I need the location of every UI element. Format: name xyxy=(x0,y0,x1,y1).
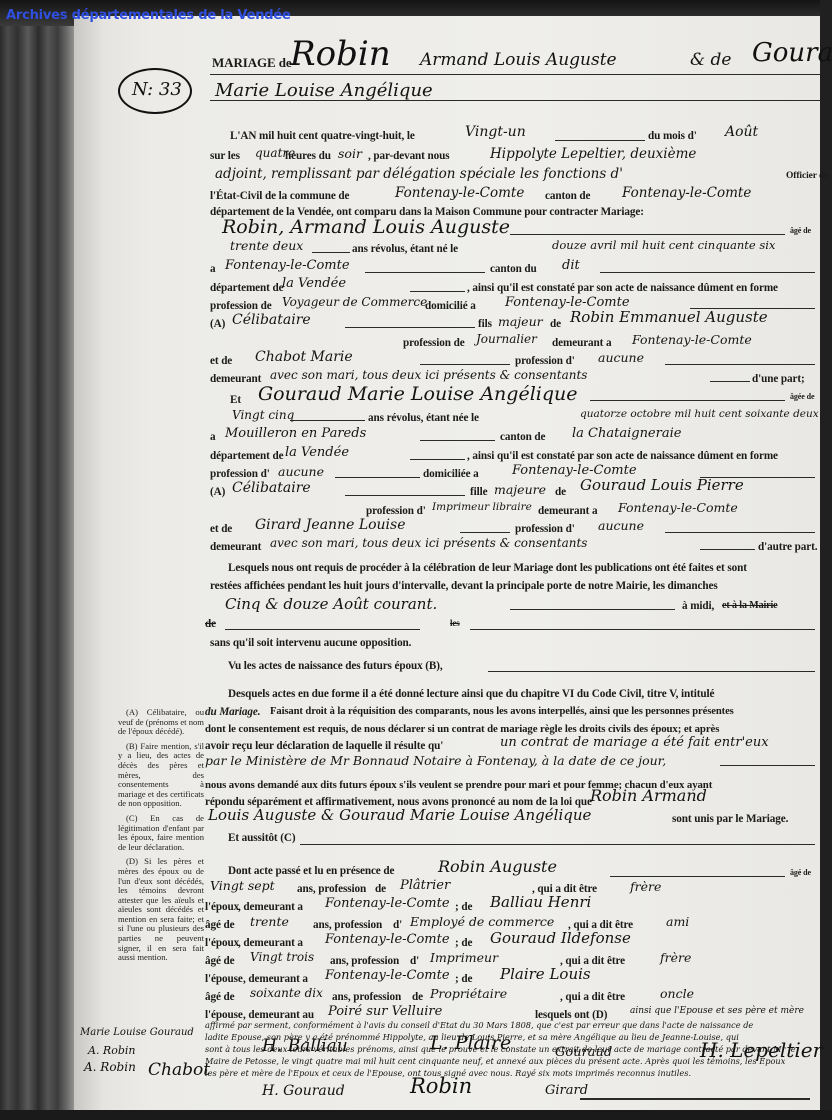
signature: H. Balliau xyxy=(262,1036,348,1056)
label: profession d' xyxy=(366,505,426,517)
label: profession d' xyxy=(515,355,575,367)
label: ; de xyxy=(455,901,472,913)
blank-rule xyxy=(488,671,815,672)
label: demeurant a xyxy=(538,505,598,517)
closing-note: affirmé par serment, conformément à l'av… xyxy=(205,1020,753,1030)
bride-majority: majeure xyxy=(494,482,546,497)
label: âgé de xyxy=(790,226,811,235)
label: de xyxy=(555,486,566,498)
label: canton du xyxy=(490,263,537,275)
blank-rule xyxy=(665,364,815,365)
label: , ainsi qu'il est constaté par son acte … xyxy=(467,282,778,294)
groom-parents-residence: avec son mari, tous deux ici présents & … xyxy=(270,368,587,382)
act-month: Août xyxy=(725,124,758,140)
label: âgé de xyxy=(205,919,235,931)
signature: Marie Louise Gouraud xyxy=(80,1027,194,1038)
signature: A. Robin xyxy=(84,1060,136,1074)
label: de xyxy=(412,991,423,1003)
intro-line: canton de xyxy=(545,190,590,202)
act-time: soir xyxy=(338,146,362,161)
label: l'époux xyxy=(205,901,239,913)
signature: Robin xyxy=(410,1074,472,1098)
label: (A) xyxy=(210,318,225,330)
signature: Gouraud xyxy=(555,1045,612,1060)
closing-note: Maire de Petosse, le vingt quatre mai mi… xyxy=(205,1056,785,1066)
footnote-a: (A) Célibataire, ou veuf de (prénoms et … xyxy=(118,708,204,737)
label: ans révolus, étant né le xyxy=(352,243,458,255)
label: a xyxy=(210,263,216,275)
margin-footnotes: (A) Célibataire, ou veuf de (prénoms et … xyxy=(118,708,204,968)
title-conj: & de xyxy=(690,50,731,70)
bride-profession: aucune xyxy=(278,464,324,479)
bride-name: Gouraud Marie Louise Angélique xyxy=(258,383,578,405)
label: d'autre part. xyxy=(758,541,817,553)
blank-rule xyxy=(420,440,495,441)
groom-name: Robin, Armand Louis Auguste xyxy=(222,216,510,238)
label: , demeurant a xyxy=(238,937,303,949)
label: de xyxy=(550,318,561,330)
bride-birth-date: quatorze octobre mil huit cent soixante … xyxy=(580,408,819,420)
witness-relation: oncle xyxy=(660,986,694,1001)
label: domiciliée a xyxy=(423,468,479,480)
label: fille xyxy=(470,486,488,498)
title-prefix: MARIAGE de xyxy=(212,55,292,71)
bride-birth-place: Mouilleron en Pareds xyxy=(225,426,366,441)
witness-residence: Poiré sur Velluire xyxy=(328,1004,442,1019)
blank-rule xyxy=(460,532,510,533)
groom-father-residence: Fontenay-le-Comte xyxy=(632,332,752,347)
label: ; de xyxy=(455,937,472,949)
blank-rule xyxy=(710,381,750,382)
union-names: Robin Armand xyxy=(590,786,707,805)
label: ans révolus, étant née le xyxy=(368,412,479,424)
intro-line: l'État-Civil de la commune de xyxy=(210,190,349,202)
title-rule xyxy=(210,74,820,75)
struck-text: de xyxy=(205,618,216,630)
title-rule xyxy=(210,100,820,101)
groom-age: trente deux xyxy=(230,238,303,253)
label: âgé de xyxy=(205,955,235,967)
label: âgée de xyxy=(790,392,814,401)
label: d'une part; xyxy=(752,373,805,385)
witness-age: soixante dix xyxy=(250,986,323,1000)
act-number-badge: N: 33 xyxy=(118,68,192,114)
reading-text: Desquels actes en due forme il a été don… xyxy=(228,688,714,700)
label: l'épouse xyxy=(205,973,243,985)
blank-rule xyxy=(410,459,465,460)
label: Et xyxy=(230,394,241,406)
struck-text: et à la Mairie xyxy=(722,600,778,611)
label: ans, profession xyxy=(332,991,401,1003)
bride-surname-title: Gouraud xyxy=(752,38,832,68)
witness-intro: Dont acte passé et lu en présence de xyxy=(228,865,394,877)
closing-note: ainsi que l'Epouse et ses père et mère xyxy=(630,1006,804,1016)
reading-text: Et aussitôt (C) xyxy=(228,832,296,844)
witness-profession: Imprimeur xyxy=(430,950,498,965)
label: ans, profession xyxy=(330,955,399,967)
label: de xyxy=(375,883,386,895)
label: demeurant xyxy=(210,541,261,553)
label: a xyxy=(210,431,216,443)
blank-rule xyxy=(335,477,420,478)
label: demeurant a xyxy=(552,337,612,349)
contract-notary: par le Ministère de Mr Bonnaud Notaire à… xyxy=(205,753,666,768)
intro-line: Officier de xyxy=(786,171,828,181)
label: l'époux xyxy=(205,937,239,949)
publication-dates: Cinq & douze Août courant. xyxy=(225,595,437,613)
scan-bottom-edge xyxy=(0,1110,832,1120)
witness-profession: Employé de commerce xyxy=(410,914,554,929)
label: profession d' xyxy=(210,468,270,480)
groom-father: Robin Emmanuel Auguste xyxy=(570,308,830,326)
label: canton de xyxy=(500,431,545,443)
blank-rule xyxy=(510,609,675,610)
groom-birth-date: douze avril mil huit cent cinquante six xyxy=(552,238,775,252)
witness-name: Gouraud Ildefonse xyxy=(490,929,631,947)
act-number: N: 33 xyxy=(132,79,182,100)
label: ans, profession xyxy=(313,919,382,931)
bride-mother-profession: aucune xyxy=(598,518,644,533)
label: , demeurant a xyxy=(238,901,303,913)
blank-rule xyxy=(225,629,420,630)
label: , demeurant a xyxy=(243,973,308,985)
blank-rule xyxy=(420,364,510,365)
bride-canton: la Chataigneraie xyxy=(572,426,681,441)
publication-text: Vu les actes de naissance des futurs épo… xyxy=(228,660,443,672)
label: à midi, xyxy=(682,600,714,612)
bride-status: Célibataire xyxy=(232,480,311,496)
blank-rule xyxy=(720,765,815,766)
witness-relation: frère xyxy=(630,879,661,894)
signature: H. Gouraud xyxy=(262,1083,345,1099)
groom-status: Célibataire xyxy=(232,312,311,328)
witness-age: trente xyxy=(250,914,289,929)
groom-given-title: Armand Louis Auguste xyxy=(420,50,617,70)
witness-residence: Fontenay-le-Comte xyxy=(325,896,450,911)
reading-text: dont le consentement est requis, de nous… xyxy=(205,723,719,735)
witness-residence: Fontenay-le-Comte xyxy=(325,968,450,983)
blank-rule xyxy=(590,400,785,401)
bride-father-residence: Fontenay-le-Comte xyxy=(618,500,738,515)
witness-age: Vingt sept xyxy=(210,878,275,893)
label: profession de xyxy=(403,337,465,349)
label: âgé de xyxy=(790,868,811,877)
signature: A. Robin xyxy=(88,1044,136,1057)
archive-watermark: Archives départementales de la Vendée xyxy=(6,8,291,23)
blank-rule xyxy=(345,327,475,328)
officer-role: adjoint, remplissant par délégation spéc… xyxy=(215,166,623,182)
bride-dept: la Vendée xyxy=(285,445,349,460)
publication-text: Lesquels nous ont requis de procéder à l… xyxy=(228,562,747,574)
blank-rule xyxy=(300,844,815,845)
groom-dept: la Vendée xyxy=(282,276,346,291)
witness-age: Vingt trois xyxy=(250,950,314,964)
groom-majority: majeur xyxy=(498,314,543,329)
intro-line: L'AN mil huit cent quatre-vingt-huit, le xyxy=(230,130,415,142)
label: département de xyxy=(210,450,283,462)
footnote-c: (C) En cas de légitimation d'enfant par … xyxy=(118,814,204,852)
groom-surname-title: Robin xyxy=(290,34,391,74)
blank-rule xyxy=(555,140,645,141)
blank-rule xyxy=(365,272,485,273)
intro-line: sur les xyxy=(210,150,240,162)
groom-canton: dit xyxy=(562,258,580,273)
reading-text: sont unis par le Mariage. xyxy=(672,813,788,825)
bride-father: Gouraud Louis Pierre xyxy=(580,476,820,494)
witness-profession: Plâtrier xyxy=(400,878,450,893)
label: profession d' xyxy=(515,523,575,535)
label: (A) xyxy=(210,486,225,498)
blank-rule xyxy=(610,876,785,877)
bride-mother: Girard Jeanne Louise xyxy=(255,517,406,533)
signature-flourish xyxy=(580,1098,810,1100)
witness-profession: Propriétaire xyxy=(430,986,507,1001)
reading-text: Faisant droit à la réquisition des compa… xyxy=(270,706,734,717)
label: et de xyxy=(210,355,232,367)
witness-residence: Fontenay-le-Comte xyxy=(325,932,450,947)
groom-birth-place: Fontenay-le-Comte xyxy=(225,258,350,273)
blank-rule xyxy=(470,629,815,630)
scan-right-edge xyxy=(820,0,832,1120)
act-day: Vingt-un xyxy=(465,124,526,140)
signature: Chabot xyxy=(148,1060,210,1080)
label: d' xyxy=(393,919,402,931)
union-names: Louis Auguste & Gouraud Marie Louise Ang… xyxy=(208,806,591,824)
groom-mother-profession: aucune xyxy=(598,350,644,365)
blank-rule xyxy=(665,532,815,533)
blank-rule xyxy=(345,495,465,496)
blank-rule xyxy=(700,549,755,550)
officer-name: Hippolyte Lepeltier, deuxième xyxy=(490,146,696,162)
label: domicilié a xyxy=(425,300,476,312)
label: ; de xyxy=(455,973,472,985)
commune: Fontenay-le-Comte xyxy=(395,185,524,201)
intro-line: heures du xyxy=(285,150,331,162)
reading-text: avoir reçu leur déclaration de laquelle … xyxy=(205,740,443,752)
label: âgé de xyxy=(205,991,235,1003)
struck-text: les xyxy=(450,618,460,628)
canton: Fontenay-le-Comte xyxy=(622,185,751,201)
signature: L. Plaire xyxy=(430,1032,511,1054)
publication-text: restées affichées pendant les huit jours… xyxy=(210,580,718,592)
label: fils xyxy=(478,318,492,330)
witness-name: Robin Auguste xyxy=(438,857,557,876)
blank-rule xyxy=(290,420,365,421)
intro-line: , par-devant nous xyxy=(368,150,450,162)
label: département de xyxy=(210,282,283,294)
signature: Girard xyxy=(545,1083,588,1098)
bride-father-profession: Imprimeur libraire xyxy=(432,501,532,513)
footnote-b: (B) Faire mention, s'il y a lieu, des ac… xyxy=(118,742,204,809)
bride-age: Vingt cinq xyxy=(232,408,294,422)
groom-profession: Voyageur de Commerce xyxy=(282,295,427,309)
label: et de xyxy=(210,523,232,535)
label: ans, profession xyxy=(297,883,366,895)
bride-parents-residence: avec son mari, tous deux ici présents & … xyxy=(270,536,587,550)
blank-rule xyxy=(312,252,350,253)
witness-name: Plaire Louis xyxy=(500,965,591,983)
bride-given-title: Marie Louise Angélique xyxy=(215,80,433,101)
blank-rule xyxy=(510,234,785,235)
blank-rule xyxy=(410,291,465,292)
witness-relation: frère xyxy=(660,950,691,965)
groom-mother: Chabot Marie xyxy=(255,349,353,365)
publication-text: sans qu'il soit intervenu aucune opposit… xyxy=(210,637,411,649)
witness-relation: ami xyxy=(666,914,689,929)
label: profession de xyxy=(210,300,272,312)
footnote-d: (D) Si les pères et mères des époux ou d… xyxy=(118,857,204,963)
label: d' xyxy=(410,955,419,967)
signature: H. Lepeltier xyxy=(700,1038,822,1062)
blank-rule xyxy=(600,272,815,273)
reading-text: du Mariage. xyxy=(205,706,260,718)
intro-line: du mois d' xyxy=(648,130,697,142)
groom-father-profession: Journalier xyxy=(476,332,537,346)
label: , qui a dit être xyxy=(560,991,625,1003)
book-binding xyxy=(0,0,80,1120)
label: , ainsi qu'il est constaté par son acte … xyxy=(467,450,778,462)
contract-declaration: un contrat de mariage a été fait entr'eu… xyxy=(500,735,769,750)
witness-name: Balliau Henri xyxy=(490,893,591,911)
label: demeurant xyxy=(210,373,261,385)
